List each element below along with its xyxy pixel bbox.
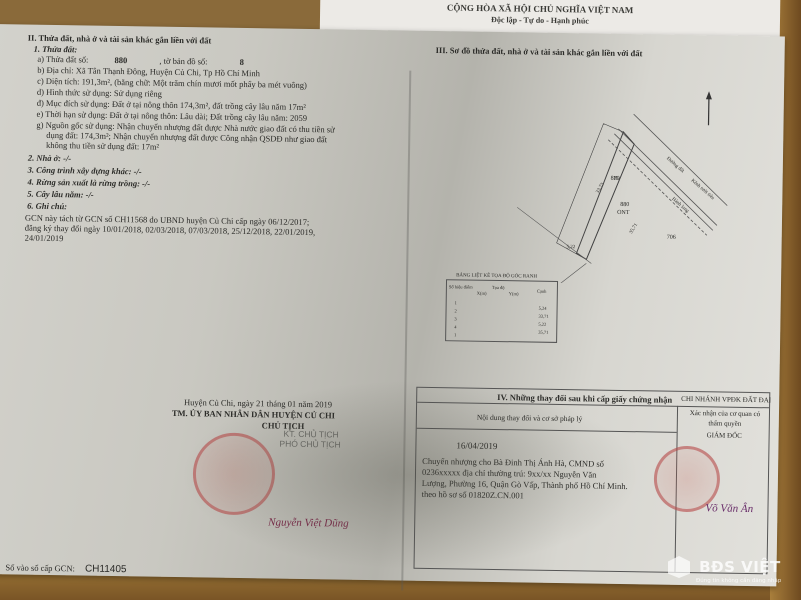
sign-org: TM. ỦY BAN NHÂN DÂN HUYỆN CỦ CHI [172, 408, 335, 421]
fold-line [401, 71, 411, 591]
map-number: 8 [240, 57, 244, 67]
usage-form: d) Hình thức sử dụng: Sử dụng riêng [37, 87, 162, 99]
entry-date: 16/04/2019 [456, 440, 497, 451]
watermark: BĐS VIỆT Đúng tin không cần đăng nhập [668, 556, 781, 578]
neighbor-bottom: 706 [667, 233, 676, 243]
official-seal [192, 432, 275, 515]
land-type: ONT [617, 208, 629, 218]
watermark-brand: BĐS VIỆT [699, 558, 781, 576]
changes-table: IV. Những thay đổi sau khi cấp giấy chứn… [413, 387, 770, 575]
other-works: 3. Công trình xây dựng khác: -/- [28, 165, 142, 177]
house: 2. Nhà ở: -/- [28, 153, 71, 164]
coord-table: Số hiệu điểm Tọa độ Cạnh X(m) Y(m) 1 2 3… [445, 279, 558, 343]
watermark-tagline: Đúng tin không cần đăng nhập [696, 578, 781, 584]
col-content: Nội dung thay đổi và cơ sở pháp lý [477, 413, 583, 425]
signer-name: Nguyễn Việt Dũng [268, 516, 349, 529]
origin-3: không thu tiền sử dụng đất: 17m² [46, 140, 159, 152]
notes-heading: 6. Ghi chú: [27, 201, 67, 212]
neighbor-top: 879 [611, 174, 620, 184]
parcel-number: 880 [114, 55, 127, 65]
table-row: 1 [454, 330, 456, 340]
section3-title: III. Sơ đồ thửa đất, nhà ở và tài sản kh… [436, 45, 643, 58]
entry-4: theo hồ sơ số 01820Z.CN.001 [422, 489, 524, 501]
registry: Số vào sổ cấp GCN: CH11405 [5, 562, 126, 575]
director: GIÁM ĐỐC [707, 430, 742, 441]
certificate-paper: II. Thửa đất, nhà ở và tài sản khác gắn … [0, 24, 785, 586]
bdsviet-logo-icon [668, 556, 690, 578]
branch: CHI NHÁNH VPĐK ĐẤT ĐAI [681, 394, 771, 405]
forest: 4. Rừng sản xuất là rừng trồng: -/- [27, 177, 150, 189]
edge-3: 5,22 [566, 243, 575, 253]
land-heading: 1. Thửa đất: [34, 44, 78, 55]
col-confirm: Xác nhận của cơ quan có thẩm quyền [685, 408, 765, 429]
parcel-diagram [416, 71, 749, 286]
deputy-2: PHÓ CHỦ TỊCH [279, 439, 340, 450]
note-3: 24/01/2019 [25, 233, 64, 244]
registry-value: CH11405 [85, 564, 127, 576]
confirm-signer: Võ Văn Ân [705, 502, 753, 515]
perennial: 5. Cây lâu năm: -/- [27, 189, 94, 200]
motto: Độc lập - Tự do - Hạnh phúc [410, 14, 670, 27]
